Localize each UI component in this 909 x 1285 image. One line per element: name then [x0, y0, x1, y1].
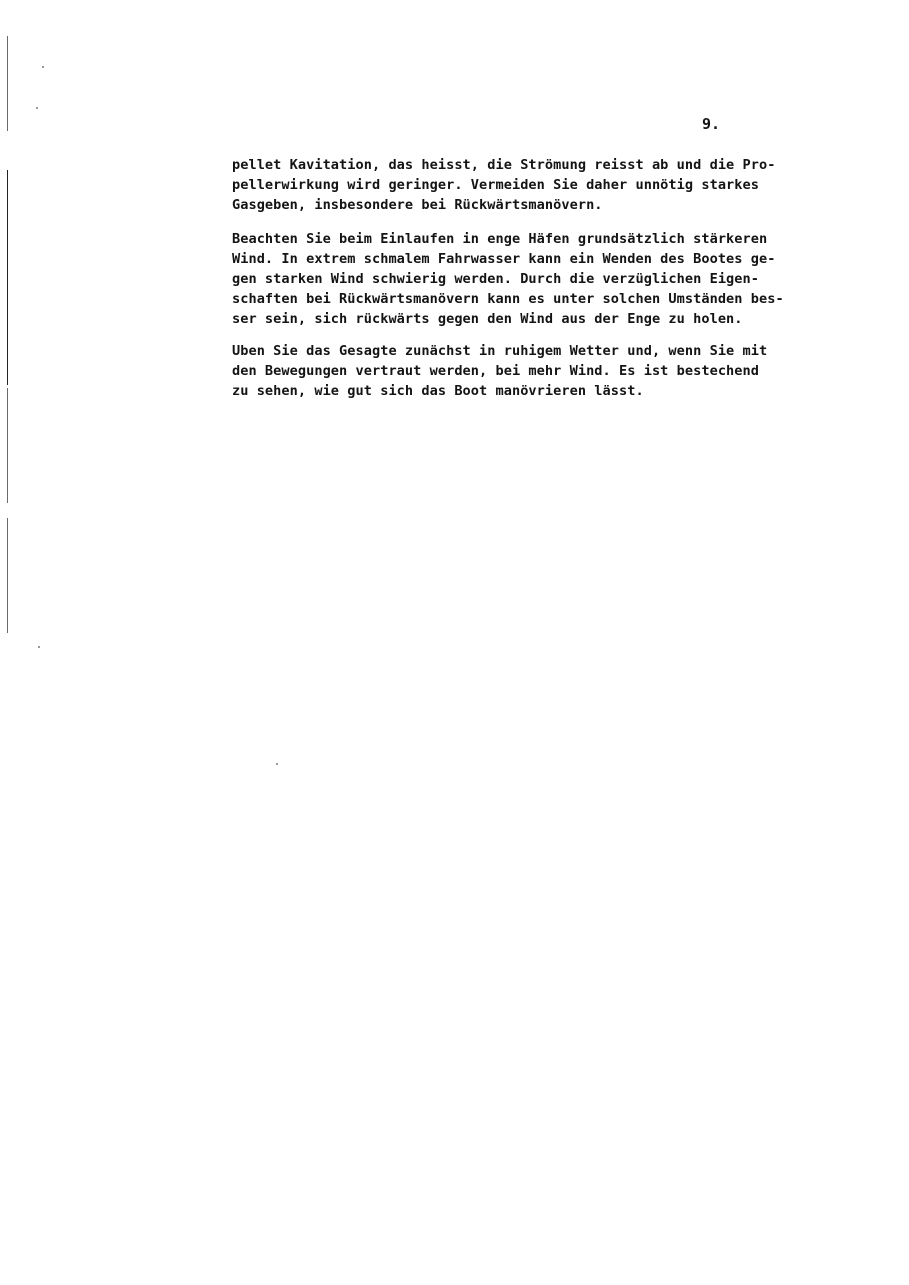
text-line: pellerwirkung wird geringer. Vermeiden S…	[232, 175, 775, 195]
text-line: Uben Sie das Gesagte zunächst in ruhigem…	[232, 341, 767, 361]
text-line: pellet Kavitation, das heisst, die Ström…	[232, 155, 775, 175]
text-line: Wind. In extrem schmalem Fahrwasser kann…	[232, 249, 784, 269]
scan-speck	[276, 763, 278, 765]
scan-speck	[42, 66, 44, 68]
scan-edge-line	[7, 36, 8, 131]
scan-edge-line	[7, 170, 8, 385]
page-number: 9.	[702, 115, 720, 133]
scan-edge-line	[7, 518, 8, 633]
scan-speck	[36, 107, 38, 109]
scan-edge-line	[7, 388, 8, 503]
scan-speck	[38, 646, 40, 648]
text-line: den Bewegungen vertraut werden, bei mehr…	[232, 361, 767, 381]
text-line: Gasgeben, insbesondere bei Rückwärtsmanö…	[232, 195, 775, 215]
text-line: Beachten Sie beim Einlaufen in enge Häfe…	[232, 229, 784, 249]
paragraph: Uben Sie das Gesagte zunächst in ruhigem…	[232, 341, 767, 401]
text-line: schaften bei Rückwärtsmanövern kann es u…	[232, 289, 784, 309]
text-line: ser sein, sich rückwärts gegen den Wind …	[232, 309, 784, 329]
text-line: zu sehen, wie gut sich das Boot manövrie…	[232, 381, 767, 401]
text-line: gen starken Wind schwierig werden. Durch…	[232, 269, 784, 289]
paragraph: pellet Kavitation, das heisst, die Ström…	[232, 155, 775, 215]
paragraph: Beachten Sie beim Einlaufen in enge Häfe…	[232, 229, 784, 329]
